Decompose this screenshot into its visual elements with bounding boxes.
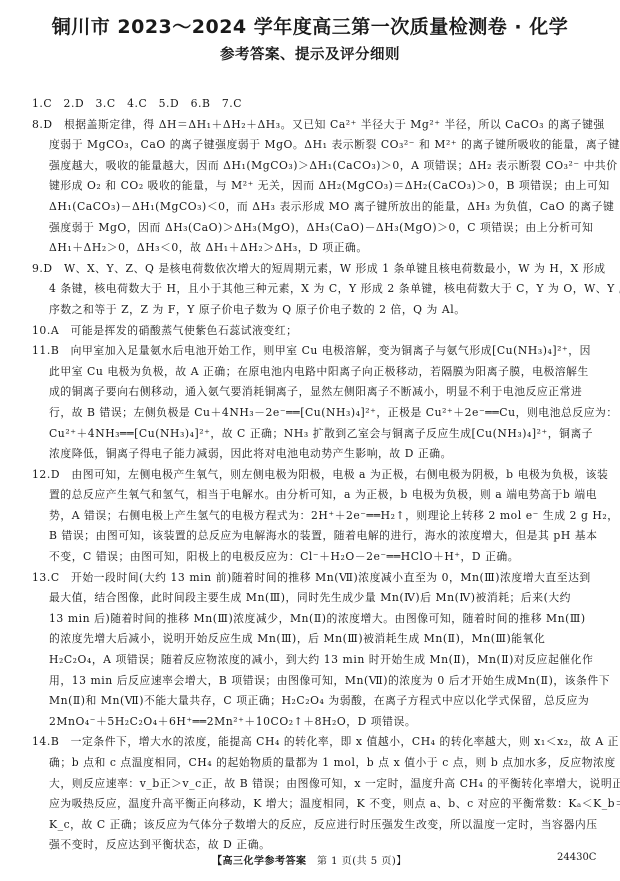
explanation-line: Mn(Ⅱ)和 Mn(Ⅶ)不能大量共存，C 项正确；H₂C₂O₄ 为弱酸，在离子方… xyxy=(32,691,592,712)
answer-content: 1.C 2.D 3.C 4.C 5.D 6.B 7.C 8.D 根据盖斯定律，得… xyxy=(32,94,592,856)
answers-summary: 1.C 2.D 3.C 4.C 5.D 6.B 7.C xyxy=(32,94,592,115)
explanation-line: 用，13 min 后反应速率会增大，B 项错误；由图像可知，Mn(Ⅶ)的浓度为 … xyxy=(32,671,592,692)
explanation-line: 的浓度先增大后减小，说明开始反应生成 Mn(Ⅲ)，后 Mn(Ⅲ)被消耗生成 Mn… xyxy=(32,629,592,650)
explanation-line: 11.B 向甲室加入足量氨水后电池开始工作，则甲室 Cu 电极溶解，变为铜离子与… xyxy=(32,341,592,362)
explanation-line: 9.D W、X、Y、Z、Q 是核电荷数依次增大的短周期元素，W 形成 1 条单键… xyxy=(32,259,592,280)
explanation-line: 不变，C 错误；由图可知，阳极上的电极反应为：Cl⁻＋H₂O－2e⁻══HClO… xyxy=(32,547,592,568)
explanation-line: 序数之和等于 Z，Z 为 F，Y 原子价电子数为 Q 原子价电子数的 2 倍，Q… xyxy=(32,300,592,321)
explanation-q12: 12.D 由图可知，左侧电极产生氧气，则左侧电极为阳极，电极 a 为正极，右侧电… xyxy=(32,465,592,568)
document-subtitle: 参考答案、提示及评分细则 xyxy=(0,43,620,64)
explanation-line: Cu²⁺＋4NH₃══[Cu(NH₃)₄]²⁺，故 C 正确；NH₃ 扩散到乙室… xyxy=(32,424,592,445)
explanation-line: ΔH₁(CaCO₃)－ΔH₁(MgCO₃)＜0，而 ΔH₃ 表示形成 MO 离子… xyxy=(32,197,592,218)
explanation-q11: 11.B 向甲室加入足量氨水后电池开始工作，则甲室 Cu 电极溶解，变为铜离子与… xyxy=(32,341,592,465)
explanation-line: 行，故 B 错误；左侧负极是 Cu＋4NH₃－2e⁻══[Cu(NH₃)₄]²⁺… xyxy=(32,403,592,424)
explanation-line: 应为吸热反应，温度升高平衡正向移动，K 增大；温度相同，K 不变，则点 a、b、… xyxy=(32,794,592,815)
document-title: 铜川市 2023～2024 学年度高三第一次质量检测卷 · 化学 xyxy=(0,12,620,39)
explanation-line: 势，A 错误；右侧电极上产生氢气的电极方程式为：2H⁺＋2e⁻══H₂↑，则理论… xyxy=(32,506,592,527)
explanation-line: K_c，故 C 正确；该反应为气体分子数增大的反应，反应进行时压强发生改变，所以… xyxy=(32,815,592,836)
explanation-line: 此甲室 Cu 电极为负极，故 A 正确；在原电池内电路中阳离子向正极移动，若隔膜… xyxy=(32,362,592,383)
explanation-line: 大，则反应速率：v_b正＞v_c正，故 B 错误；由图像可知，x 一定时，温度升… xyxy=(32,774,592,795)
footer-page-info: 第 1 页(共 5 页)】 xyxy=(307,856,407,867)
page-footer: 【高三化学参考答案 第 1 页(共 5 页)】 xyxy=(212,852,407,867)
explanation-line: 2MnO₄⁻＋5H₂C₂O₄＋6H⁺══2Mn²⁺＋10CO₂↑＋8H₂O，D … xyxy=(32,712,592,733)
explanation-line: 浓度降低，铜离子得电子能力减弱，因此将对电池电动势产生影响，故 D 正确。 xyxy=(32,444,592,465)
explanation-line: 置的总反应产生氧气和氢气，相当于电解水。由分析可知，a 为正极，b 电极为负极，… xyxy=(32,485,592,506)
explanation-line: 14.B 一定条件下，增大水的浓度，能提高 CH₄ 的转化率，即 x 值越小，C… xyxy=(32,732,592,753)
explanation-q13: 13.C 开始一段时间(大约 13 min 前)随着时间的推移 Mn(Ⅶ)浓度减… xyxy=(32,568,592,733)
explanation-line: H₂C₂O₄，A 项错误；随着反应物浓度的减小，到大约 13 min 时开始生成… xyxy=(32,650,592,671)
explanation-line: ΔH₁＋ΔH₂＞0，ΔH₃＜0，故 ΔH₁＋ΔH₂＞ΔH₃，D 项正确。 xyxy=(32,238,592,259)
explanation-line: 强度越大，吸收的能量越大，因而 ΔH₁(MgCO₃)＞ΔH₁(CaCO₃)＞0，… xyxy=(32,156,592,177)
explanation-q14: 14.B 一定条件下，增大水的浓度，能提高 CH₄ 的转化率，即 x 值越小，C… xyxy=(32,732,592,856)
explanation-line: 13 min 后)随着时间的推移 Mn(Ⅲ)浓度减少，Mn(Ⅱ)的浓度增大。由图… xyxy=(32,609,592,630)
explanation-line: 强度弱于 MgO，因而 ΔH₃(CaO)＞ΔH₃(MgO)，ΔH₃(CaO)－Δ… xyxy=(32,218,592,239)
explanation-q9: 9.D W、X、Y、Z、Q 是核电荷数依次增大的短周期元素，W 形成 1 条单键… xyxy=(32,259,592,321)
explanation-line: 度弱于 MgCO₃，CaO 的离子键强度弱于 MgO。ΔH₁ 表示断裂 CO₃²… xyxy=(32,135,592,156)
explanation-line: 确；b 点和 c 点温度相同，CH₄ 的起始物质的量都为 1 mol，b 点 x… xyxy=(32,753,592,774)
explanation-line: 8.D 根据盖斯定律，得 ΔH＝ΔH₁＋ΔH₂＋ΔH₃。又已知 Ca²⁺ 半径大… xyxy=(32,115,592,136)
explanation-line: 最大值，结合图像，此时间段主要生成 Mn(Ⅲ)，同时先生成少量 Mn(Ⅳ)后 M… xyxy=(32,588,592,609)
explanation-line: 4 条键，核电荷数大于 H，且小于其他三种元素，X 为 C，Y 形成 2 条单键… xyxy=(32,279,592,300)
explanation-line: 10.A 可能是挥发的硝酸蒸气使紫色石蕊试液变红； xyxy=(32,321,592,342)
explanation-line: 13.C 开始一段时间(大约 13 min 前)随着时间的推移 Mn(Ⅶ)浓度减… xyxy=(32,568,592,589)
explanation-q8: 8.D 根据盖斯定律，得 ΔH＝ΔH₁＋ΔH₂＋ΔH₃。又已知 Ca²⁺ 半径大… xyxy=(32,115,592,259)
document-code: 24430C xyxy=(557,852,596,863)
explanation-line: B 错误；由图可知，该装置的总反应为电解海水的装置，随着电解的进行，海水的浓度增… xyxy=(32,526,592,547)
explanation-line: 成的铜离子要向右侧移动，通入氨气要消耗铜离子，显然左侧阳离子不断减小，明显不利于… xyxy=(32,382,592,403)
explanation-line: 12.D 由图可知，左侧电极产生氧气，则左侧电极为阳极，电极 a 为正极，右侧电… xyxy=(32,465,592,486)
explanation-q10: 10.A 可能是挥发的硝酸蒸气使紫色石蕊试液变红； xyxy=(32,321,592,342)
footer-label: 【高三化学参考答案 xyxy=(212,856,307,867)
explanation-line: 键形成 O₂ 和 CO₂ 吸收的能量，与 M²⁺ 无关，因而 ΔH₂(MgCO₃… xyxy=(32,176,592,197)
